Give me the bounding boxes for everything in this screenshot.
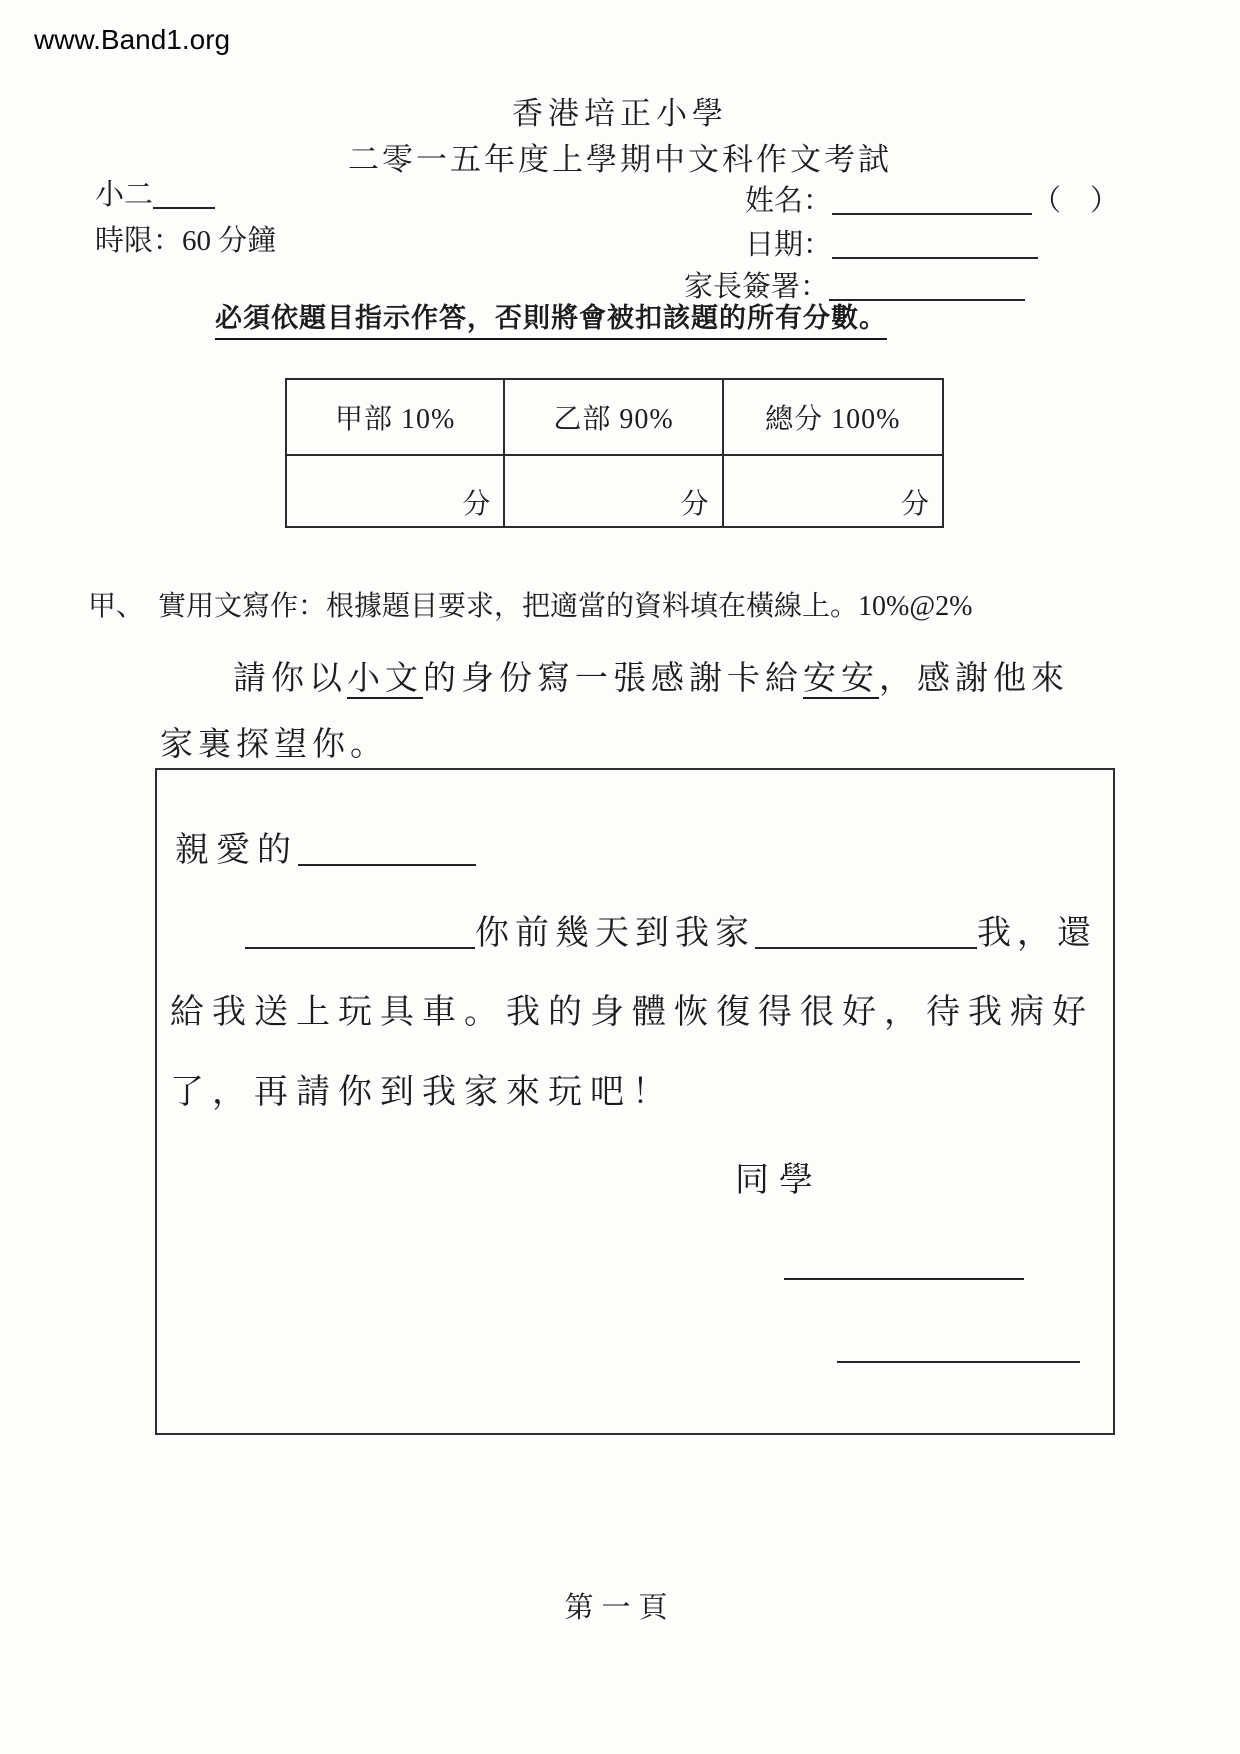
- section-a-label: 甲、: [88, 591, 144, 622]
- school-name: 香港培正小學: [0, 88, 1240, 133]
- section-a-heading: 甲、實用文寫作：根據題目要求，把適當的資料填在橫線上。10%@2%: [88, 584, 972, 624]
- card-blank-2: [755, 915, 977, 949]
- signature-line-1: [784, 1248, 1024, 1280]
- salutation-blank: [298, 832, 476, 866]
- name-paren: （ ）: [1032, 185, 1119, 217]
- class-level-blank: [153, 179, 215, 209]
- class-level-field: 小二: [95, 172, 215, 213]
- card-text-mid: 你前幾天到我家: [475, 915, 755, 952]
- name-blank: [832, 185, 1032, 215]
- task-text-3: ，感謝他來: [879, 661, 1069, 697]
- date-blank: [832, 229, 1038, 259]
- score-value-cell-part-b: 分: [505, 456, 723, 526]
- watermark-url: www.Band1.org: [34, 24, 230, 56]
- section-a-marks: 10%@2%: [858, 591, 972, 622]
- signature-line-2: [837, 1331, 1080, 1363]
- name-label: 姓名：: [745, 185, 832, 217]
- name-field: 姓名：（ ）: [745, 178, 1119, 219]
- score-value-cell-total: 分: [724, 456, 942, 526]
- task-line-2: 家裏探望你。: [160, 718, 388, 765]
- date-field: 日期：: [745, 222, 1038, 263]
- thank-you-card: 親愛的 你前幾天到我家我，還 給我送上玩具車。我的身體恢復得很好，待我病好 了，…: [155, 768, 1115, 1435]
- section-a-instruction: 實用文寫作：根據題目要求，把適當的資料填在橫線上。: [158, 591, 858, 622]
- card-blank-1: [245, 915, 475, 949]
- sender-name: 小文: [347, 661, 423, 697]
- card-salutation: 親愛的: [175, 822, 476, 871]
- exam-paper-page: www.Band1.org 香港培正小學 二零一五年度上學期中文科作文考試 小二…: [0, 0, 1240, 1754]
- instruction-notice: 必須依題目指示作答，否則將會被扣該題的所有分數。: [215, 296, 887, 340]
- class-level-label: 小二: [95, 179, 153, 211]
- score-table: 甲部 10% 乙部 90% 總分 100% 分 分 分: [285, 378, 944, 528]
- date-label: 日期：: [745, 229, 832, 261]
- score-header-cell-part-b: 乙部 90%: [505, 380, 723, 456]
- task-line-1: 請你以小文的身份寫一張感謝卡給安安，感謝他來: [233, 652, 1069, 699]
- salutation-text: 親愛的: [175, 832, 298, 869]
- task-text-2: 的身份寫一張感謝卡給: [423, 661, 803, 697]
- task-text-1: 請你以: [233, 661, 347, 697]
- recipient-name: 安安: [803, 661, 879, 697]
- score-header-cell-total: 總分 100%: [724, 380, 942, 456]
- card-signoff: 同學: [735, 1152, 823, 1201]
- score-value-cell-part-a: 分: [287, 456, 505, 526]
- card-body-line-2: 給我送上玩具車。我的身體恢復得很好，待我病好: [170, 984, 1094, 1033]
- card-body-line-3: 了，再請你到我家來玩吧！: [170, 1064, 674, 1113]
- page-footer: 第一頁: [0, 1585, 1240, 1626]
- time-limit: 時限：60 分鐘: [95, 218, 276, 259]
- card-body-line-1: 你前幾天到我家我，還: [245, 905, 1097, 954]
- score-header-cell-part-a: 甲部 10%: [287, 380, 505, 456]
- card-text-end: 我，還: [977, 915, 1097, 952]
